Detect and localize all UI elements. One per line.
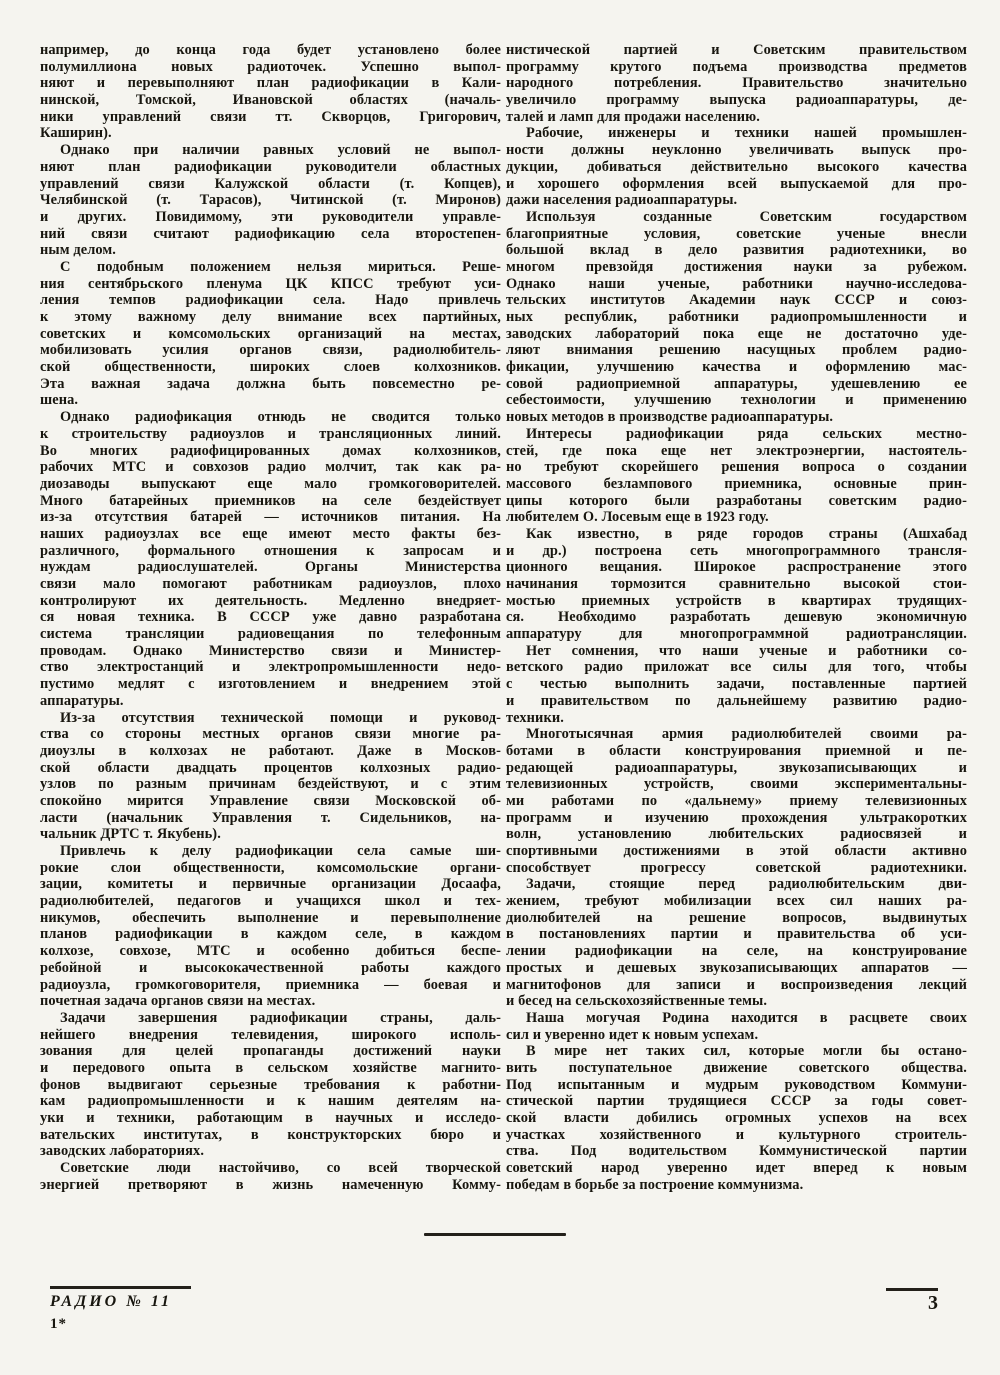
text-line: колхозе, совхозе, МТС и особенно добитьс… bbox=[40, 943, 501, 960]
text-line: радиолюбителей, педагогов и учащихся шко… bbox=[40, 893, 501, 910]
text-line: Каширин). bbox=[40, 125, 501, 142]
text-line: Однако при наличии равных условий не вып… bbox=[40, 142, 501, 159]
text-line: няют план радиофикации руководители обла… bbox=[40, 159, 501, 176]
text-line: чальник ДРТС т. Якубень). bbox=[40, 826, 501, 843]
text-line: ности должны неуклонно увеличивать выпус… bbox=[506, 142, 967, 159]
text-line: и хорошего оформления всей выпускаемой д… bbox=[506, 176, 967, 193]
text-line: Однако радиофикация отнюдь не сводится т… bbox=[40, 409, 501, 426]
text-line: Многотысячная армия радиолюбителей своим… bbox=[506, 726, 967, 743]
text-line: массового безлампового приемника, основн… bbox=[506, 476, 967, 493]
text-line: ным делом. bbox=[40, 242, 501, 259]
text-line: узлов по разным причинам бездействуют, и… bbox=[40, 776, 501, 793]
text-line: нейшего внедрения телевидения, широкого … bbox=[40, 1027, 501, 1044]
text-line: себестоимости, улучшению технологии и пр… bbox=[506, 392, 967, 409]
text-line: ния сентябрьского пленума ЦК КПСС требую… bbox=[40, 276, 501, 293]
text-line: техники. bbox=[506, 710, 967, 727]
text-line: новых методов в производстве радиоаппара… bbox=[506, 409, 967, 426]
text-line: почетная задача органов связи на местах. bbox=[40, 993, 501, 1010]
text-line: Челябинской (т. Тарасов), Читинской (т. … bbox=[40, 192, 501, 209]
text-line: и бесед на сельскохозяйственные темы. bbox=[506, 993, 967, 1010]
text-line: участках хозяйственного и культурного ст… bbox=[506, 1127, 967, 1144]
footer-left: РАДИО № 11 1* bbox=[50, 1286, 270, 1332]
text-line: управлений связи Калужской области (т. К… bbox=[40, 176, 501, 193]
text-line: нистической партией и Советским правител… bbox=[506, 42, 967, 59]
text-line: заводских лабораторий пока еще не достат… bbox=[506, 326, 967, 343]
print-signature: 1* bbox=[50, 1316, 270, 1332]
text-line: к этому важному делу внимание всех парти… bbox=[40, 309, 501, 326]
text-line: Много батарейных приемников на селе безд… bbox=[40, 493, 501, 510]
text-line: Наша могучая Родина находится в расцвете… bbox=[506, 1010, 967, 1027]
text-line: к строительству радиоузлов и трансляцион… bbox=[40, 426, 501, 443]
footer-right: 3 bbox=[886, 1288, 946, 1314]
text-line: Во многих радиофицированных домах колхоз… bbox=[40, 443, 501, 460]
text-line: В мире нет таких сил, которые могли бы о… bbox=[506, 1043, 967, 1060]
text-line: простых и дешевых звукозаписывающих аппа… bbox=[506, 960, 967, 977]
text-line: Однако наши ученые, работники научно-исс… bbox=[506, 276, 967, 293]
text-line: увеличило программу выпуска радиоаппарат… bbox=[506, 92, 967, 109]
text-line: ципы которого были разработаны советским… bbox=[506, 493, 967, 510]
text-line: стей, где пока еще нет электроэнергии, н… bbox=[506, 443, 967, 460]
text-line: ных республик, работники радиопромышленн… bbox=[506, 309, 967, 326]
text-line: ления темпов радиофикации села. Надо при… bbox=[40, 292, 501, 309]
text-line: ботами в области конструирования приемно… bbox=[506, 743, 967, 760]
text-line: в постановлениях партии и правительства … bbox=[506, 926, 967, 943]
text-line: многом превзойдя достижения науки за руб… bbox=[506, 259, 967, 276]
magazine-title: РАДИО № 11 bbox=[50, 1293, 270, 1311]
text-line: из-за отсутствия батарей — источников пи… bbox=[40, 509, 501, 526]
text-line: ства со стороны местных органов связи мн… bbox=[40, 726, 501, 743]
text-line: никумов, обеспечить выполнение и перевып… bbox=[40, 910, 501, 927]
text-line: диолюбителей на решение вопросов, выдвин… bbox=[506, 910, 967, 927]
text-line: тельских институтов Академии наук СССР и… bbox=[506, 292, 967, 309]
text-line: система трансляции радиовещания по телеф… bbox=[40, 626, 501, 643]
text-line: Используя созданные Советским государств… bbox=[506, 209, 967, 226]
text-line: няют и перевыполняют план радиофикации в… bbox=[40, 75, 501, 92]
text-line: диоузлы в колхозах не работают. Даже в М… bbox=[40, 743, 501, 760]
text-line: мостью приемных устройств в квартирах тр… bbox=[506, 593, 967, 610]
text-line: дукции, добиваться действительно высоког… bbox=[506, 159, 967, 176]
text-line: Привлечь к делу радиофикации села самые … bbox=[40, 843, 501, 860]
text-line: ний связи считают радиофикацию села втор… bbox=[40, 226, 501, 243]
text-line: и других. Повидимому, эти руководители у… bbox=[40, 209, 501, 226]
text-line: телевизионных устройств, своими эксперим… bbox=[506, 776, 967, 793]
text-line: совой радиоприемной аппаратуры, удешевле… bbox=[506, 376, 967, 393]
text-line: Эта важная задача должна быть повсеместн… bbox=[40, 376, 501, 393]
text-line: дажи населения радиоаппаратуры. bbox=[506, 192, 967, 209]
text-line: спортивными достижениями в этой области … bbox=[506, 843, 967, 860]
text-line: программ и изучению прохождения ультрако… bbox=[506, 810, 967, 827]
text-line: мобилизовать усилия органов связи, радио… bbox=[40, 342, 501, 359]
text-line: Нет сомнения, что наши ученые и работник… bbox=[506, 643, 967, 660]
text-line: ляют внимания решению насущных проблем р… bbox=[506, 342, 967, 359]
text-line: народного потребления. Правительство зна… bbox=[506, 75, 967, 92]
text-line: и др.) построена сеть многопрограммного … bbox=[506, 543, 967, 560]
text-line: ветского радио приложат все силы для тог… bbox=[506, 659, 967, 676]
text-line: Задачи, стоящие перед радиолюбительским … bbox=[506, 876, 967, 893]
text-line: Рабочие, инженеры и техники нашей промыш… bbox=[506, 125, 967, 142]
text-line: победам в борьбе за построение коммунизм… bbox=[506, 1177, 967, 1194]
text-column-left: например, до конца года будет установлен… bbox=[40, 42, 501, 1193]
text-line: кам радиопромышленности и к нашим деятел… bbox=[40, 1093, 501, 1110]
text-line: радиоузла, громкоговорителя, приемника —… bbox=[40, 977, 501, 994]
text-line: сил и уверенно идет к новым успехам. bbox=[506, 1027, 967, 1044]
text-line: аппаратуру для многопрограммной радиотра… bbox=[506, 626, 967, 643]
text-line: ской власти добились огромных успехов на… bbox=[506, 1110, 967, 1127]
text-line: ласти (начальник Управления т. Сидельник… bbox=[40, 810, 501, 827]
text-line: фонов выдвигают серьезные требования к р… bbox=[40, 1077, 501, 1094]
text-line: советских и комсомольских организаций на… bbox=[40, 326, 501, 343]
text-line: уки и техники, работающим в научных и ис… bbox=[40, 1110, 501, 1127]
text-line: пустимо медлят с изготовлением и внедрен… bbox=[40, 676, 501, 693]
text-line: Интересы радиофикации ряда сельских мест… bbox=[506, 426, 967, 443]
text-line: ники управлений связи тт. Скворцов, Григ… bbox=[40, 109, 501, 126]
text-line: стической партии трудящиеся СССР за годы… bbox=[506, 1093, 967, 1110]
text-line: ся новая техника. В СССР уже давно разра… bbox=[40, 609, 501, 626]
page-number-rule bbox=[886, 1288, 938, 1291]
text-line: нуждам радиослушателей. Органы Министерс… bbox=[40, 559, 501, 576]
text-line: талей и ламп для продажи населению. bbox=[506, 109, 967, 126]
text-line: ство электростанций и электропромышленно… bbox=[40, 659, 501, 676]
text-line: зации, комитеты и первичные организации … bbox=[40, 876, 501, 893]
text-line: ми работами по «дальнему» приему телевиз… bbox=[506, 793, 967, 810]
text-line: спокойно мирится Управление связи Москов… bbox=[40, 793, 501, 810]
text-line: Советские люди настойчиво, со всей творч… bbox=[40, 1160, 501, 1177]
text-line: различного, формального отношения к запр… bbox=[40, 543, 501, 560]
text-line: связи мало помогают работникам радиоузло… bbox=[40, 576, 501, 593]
text-line: проводам. Однако Министерство связи и Ми… bbox=[40, 643, 501, 660]
text-line: планов радиофикации в каждом селе, в каж… bbox=[40, 926, 501, 943]
text-line: Из-за отсутствия технической помощи и ру… bbox=[40, 710, 501, 727]
text-line: редающей радиоаппаратуры, звукозаписываю… bbox=[506, 760, 967, 777]
text-line: Под испытанным и мудрым руководством Ком… bbox=[506, 1077, 967, 1094]
text-line: способствует прогрессу советской радиоте… bbox=[506, 860, 967, 877]
text-line: любителем О. Лосевым еще в 1923 году. bbox=[506, 509, 967, 526]
text-line: и передового опыта в сельском хозяйстве … bbox=[40, 1060, 501, 1077]
text-line: благоприятные условия, советские ученые … bbox=[506, 226, 967, 243]
text-line: ской области двадцать процентов колхозны… bbox=[40, 760, 501, 777]
text-line: нинской, Томской, Ивановской областях (н… bbox=[40, 92, 501, 109]
text-line: аппаратуры. bbox=[40, 693, 501, 710]
magazine-page: например, до конца года будет установлен… bbox=[0, 0, 1000, 1375]
text-line: большой вклад в дело развития радиотехни… bbox=[506, 242, 967, 259]
text-line: энергией претворяют в жизнь намеченную К… bbox=[40, 1177, 501, 1194]
text-line: и правительством по дальнейшему развитию… bbox=[506, 693, 967, 710]
text-line: волн, установлению любительских радиосвя… bbox=[506, 826, 967, 843]
text-line: ребойной и высококачественной работы каж… bbox=[40, 960, 501, 977]
text-line: диозаводы выпускают еще мало громкоговор… bbox=[40, 476, 501, 493]
text-line: С подобным положением нельзя мириться. Р… bbox=[40, 259, 501, 276]
text-line: зования для целей пропаганды достижений … bbox=[40, 1043, 501, 1060]
text-line: шена. bbox=[40, 392, 501, 409]
text-line: ской общественности, широких слоев колхо… bbox=[40, 359, 501, 376]
text-line: ства. Под водительством Коммунистической… bbox=[506, 1143, 967, 1160]
text-line: магнитофонов для записи и воспроизведени… bbox=[506, 977, 967, 994]
text-line: начинания тормозится сравнительно высоко… bbox=[506, 576, 967, 593]
text-column-right: нистической партией и Советским правител… bbox=[506, 42, 967, 1193]
footer-rule bbox=[50, 1286, 191, 1289]
text-line: лении радиофикации на селе, на конструир… bbox=[506, 943, 967, 960]
text-line: жением, требуют мобилизации всех сил наш… bbox=[506, 893, 967, 910]
text-line: программу крутого подъема производства п… bbox=[506, 59, 967, 76]
text-line: вить поступательное движение советского … bbox=[506, 1060, 967, 1077]
text-line: контролируют их деятельность. Медленно в… bbox=[40, 593, 501, 610]
text-line: ся. Необходимо разработать дешевую эконо… bbox=[506, 609, 967, 626]
article-end-divider bbox=[424, 1233, 566, 1236]
text-line: но требуют скорейшего решения вопроса о … bbox=[506, 459, 967, 476]
text-line: фикации, улучшению качества и оформлению… bbox=[506, 359, 967, 376]
text-line: наших радиоузлах все еще имеют место фак… bbox=[40, 526, 501, 543]
text-line: например, до конца года будет установлен… bbox=[40, 42, 501, 59]
text-line: полумиллиона новых радиоточек. Успешно в… bbox=[40, 59, 501, 76]
text-line: рабочих МТС и совхозов радио молчит, так… bbox=[40, 459, 501, 476]
text-line: ционного вещания. Широкое распространени… bbox=[506, 559, 967, 576]
text-line: Задачи завершения радиофикации страны, д… bbox=[40, 1010, 501, 1027]
text-line: с честью выполнить задачи, поставленные … bbox=[506, 676, 967, 693]
text-line: вательских институтах, в конструкторских… bbox=[40, 1127, 501, 1144]
text-line: заводских лабораториях. bbox=[40, 1143, 501, 1160]
text-line: советский народ уверенно идет вперед к н… bbox=[506, 1160, 967, 1177]
text-line: рокие слои общественности, комсомольские… bbox=[40, 860, 501, 877]
page-number: 3 bbox=[886, 1292, 938, 1314]
text-line: Как известно, в ряде городов страны (Ашх… bbox=[506, 526, 967, 543]
